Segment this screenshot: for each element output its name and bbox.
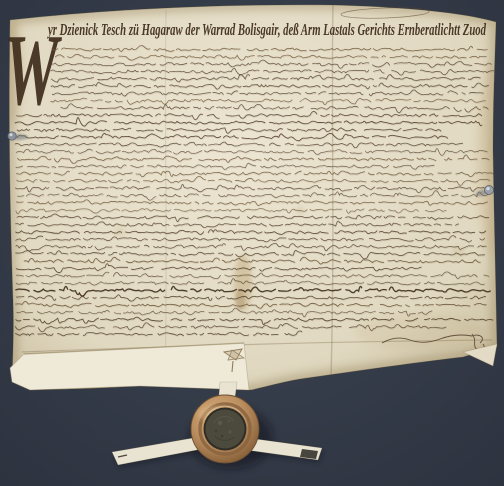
seal-impression — [206, 410, 245, 449]
heading-text: yr Dzienick Tesch zü Hagaraw der Warrad … — [47, 20, 487, 39]
wax-seal — [191, 395, 259, 463]
photo: W yr Dzienick Tesch zü Hagaraw der Warra… — [0, 0, 504, 486]
